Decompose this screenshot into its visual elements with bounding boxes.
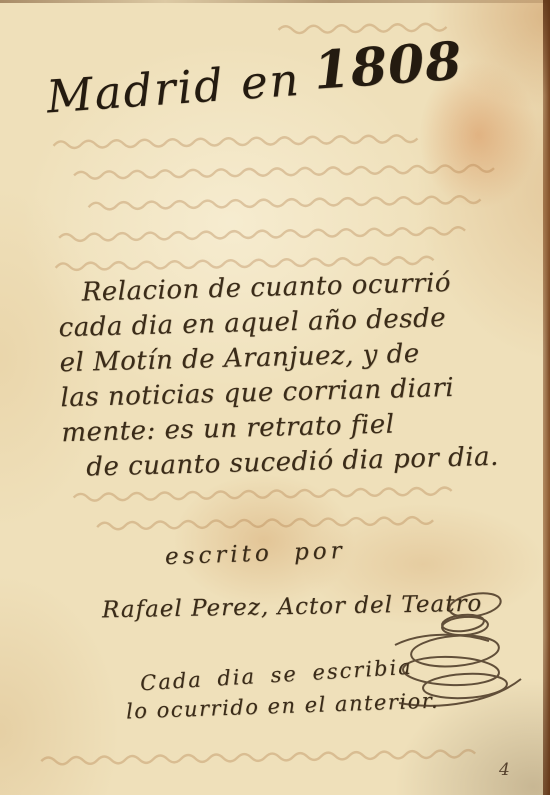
note-line-1: Cada dia se escribia	[140, 655, 414, 696]
page-number: 4	[499, 760, 510, 780]
scan-top-edge	[0, 0, 550, 3]
document-title: Madrid en1808	[44, 36, 464, 126]
description-paragraph: Relacion de cuanto ocurrió cada dia en a…	[57, 264, 537, 486]
title-year: 1808	[312, 31, 465, 102]
title-text: Madrid en	[45, 53, 302, 124]
manuscript-page: Madrid en1808 Relacion de cuanto ocurrió…	[0, 0, 550, 795]
author-line: Rafael Perez, Actor del Teatro	[102, 591, 483, 624]
note-line-2: lo ocurrido en el anterior.	[126, 689, 440, 724]
torn-paper-edge	[543, 0, 550, 795]
byline: escrito por	[165, 538, 346, 570]
